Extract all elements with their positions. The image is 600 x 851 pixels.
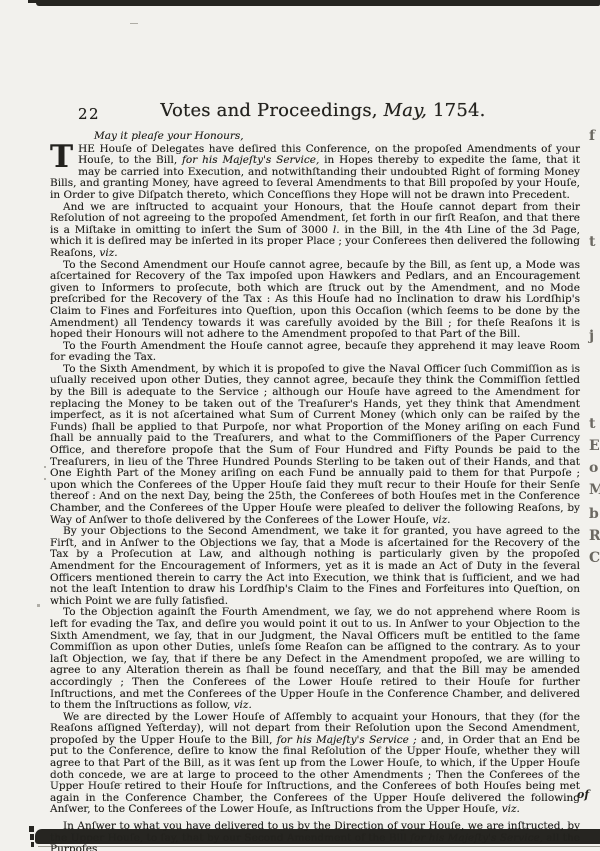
italic-text-segment: viz.: [432, 514, 450, 526]
top-scan-edge: [36, 0, 600, 6]
text-segment: To the Second Amendment our Houſe cannot…: [50, 259, 580, 341]
scan-corner-mark: [30, 834, 34, 840]
scan-speck: [44, 478, 46, 480]
bleed-glyph: o: [589, 460, 598, 476]
scan-corner-mark: [29, 826, 34, 832]
paragraph: By your Objections to the Second Amendme…: [50, 526, 580, 607]
page-title: Votes and Proceedings, May, 1754.: [66, 100, 580, 121]
paragraph: To the Objection againſt the Fourth Amen…: [50, 607, 580, 711]
salutation: May it pleaſe your Honours,: [94, 131, 580, 143]
bleed-through-marks: ftjtEoMbRC: [588, 0, 600, 851]
text-segment: To the Sixth Amendment, by which it is p…: [50, 363, 580, 526]
text-segment: and, in Order that an End be put to the …: [50, 734, 580, 816]
paragraph: In Anſwer to what you have delivered to …: [50, 821, 580, 851]
paragraph: We are directed by the Lower Houſe of Aſ…: [50, 712, 580, 816]
italic-text-segment: l.: [333, 224, 340, 236]
italic-text-segment: viz.: [502, 803, 520, 815]
text-segment: 1754.: [427, 100, 485, 121]
scanned-document-page: 22 Votes and Proceedings, May, 1754. May…: [0, 0, 600, 851]
bleed-glyph: t: [589, 416, 595, 432]
paragraph: To the Second Amendment our Houſe cannot…: [50, 260, 580, 341]
scan-speck: [44, 466, 46, 468]
text-segment: Votes and Proceedings,: [160, 100, 383, 121]
bleed-glyph: R: [589, 528, 600, 544]
paragraph: And we are inſtructed to acquaint your H…: [50, 202, 580, 260]
italic-text-segment: for his Majeſty's Service,: [182, 154, 319, 166]
bleed-glyph: f: [589, 128, 595, 144]
bleed-glyph: t: [589, 234, 595, 250]
italic-text-segment: viz.: [234, 699, 252, 711]
bleed-glyph: b: [589, 506, 599, 522]
drop-cap: T: [50, 145, 73, 169]
scan-speck: [130, 23, 138, 24]
italic-text-segment: viz.: [99, 247, 117, 259]
bleed-glyph: j: [589, 328, 594, 344]
text-segment: To the Fourth Amendment the Houſe cannot…: [50, 340, 580, 364]
paragraph: THE Houſe of Delegates have deſired this…: [50, 144, 580, 202]
bleed-glyph: C: [589, 550, 600, 566]
scan-corner-mark: [31, 842, 34, 847]
bleed-glyph: E: [589, 438, 600, 454]
text-segment: To the Objection againſt the Fourth Amen…: [50, 606, 580, 711]
paragraph: To the Fourth Amendment the Houſe cannot…: [50, 341, 580, 364]
italic-text-segment: for his Majeſty's Service,: [410, 832, 543, 844]
bleed-glyph: M: [589, 482, 600, 498]
italic-text-segment: May,: [384, 100, 427, 121]
scan-speck: [37, 604, 40, 607]
paragraph: To the Sixth Amendment, by which it is p…: [50, 364, 580, 526]
document-body: May it pleaſe your Honours, THE Houſe of…: [50, 131, 580, 851]
italic-text-segment: for his Majeſty's Service ;: [277, 734, 417, 746]
text-segment: By your Objections to the Second Amendme…: [50, 525, 580, 607]
